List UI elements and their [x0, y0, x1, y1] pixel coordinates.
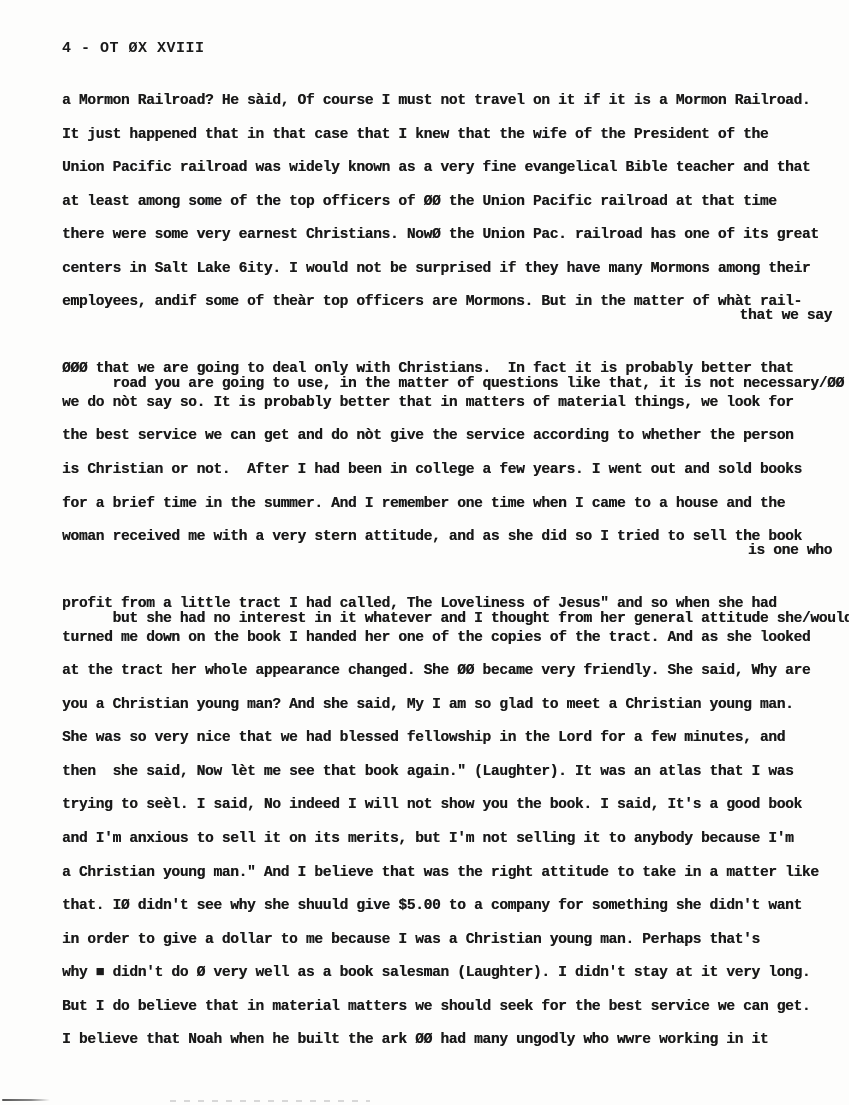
document-body: a Mormon Railroad? He sàid, Of course I … [62, 89, 832, 1062]
text-line: trying to seèl. I said, No indeed I will… [62, 793, 832, 827]
text-line: turned me down on the book I handed her … [62, 626, 832, 660]
line-text: It just happened that in that case that … [62, 127, 768, 143]
text-line: there were some very earnest Christians.… [62, 223, 832, 257]
line-text: a Christian young man." And I believe th… [62, 865, 819, 881]
line-text: employees, andif some of theàr top offic… [62, 294, 802, 310]
line-text: She was so very nice that we had blessed… [62, 730, 785, 746]
text-line: at least among some of the top officers … [62, 190, 832, 224]
line-text: profit from a little tract I had called,… [62, 596, 777, 612]
document-page: 4 - OT ØX XVIII a Mormon Railroad? He sà… [0, 0, 849, 1105]
line-text: woman received me with a very stern atti… [62, 529, 802, 545]
interlinear-insertion: that we say [740, 308, 833, 324]
text-line: you a Christian young man? And she said,… [62, 693, 832, 727]
line-text: you a Christian young man? And she said,… [62, 697, 793, 713]
line-text: and I'm anxious to sell it on its merits… [62, 831, 793, 847]
line-text: trying to seèl. I said, No indeed I will… [62, 797, 802, 813]
text-line: She was so very nice that we had blessed… [62, 726, 832, 760]
line-text: Union Pacific railroad was widely known … [62, 160, 810, 176]
line-text: ØØØ that we are going to deal only with … [62, 361, 793, 377]
text-line: Union Pacific railroad was widely known … [62, 156, 832, 190]
text-line: at the tract her whole appearance change… [62, 659, 832, 693]
scan-artifact [170, 1100, 370, 1102]
text-line: a Mormon Railroad? He sàid, Of course I … [62, 89, 832, 123]
text-line: woman received me with a very stern atti… [62, 525, 832, 559]
line-text: for a brief time in the summer. And I re… [62, 496, 785, 512]
text-line: in order to give a dollar to me because … [62, 928, 832, 962]
line-text: centers in Salt Lake 6ity. I would not b… [62, 261, 810, 277]
text-line: centers in Salt Lake 6ity. I would not b… [62, 257, 832, 291]
line-text: at least among some of the top officers … [62, 194, 777, 210]
line-text: But I do believe that in material matter… [62, 999, 810, 1015]
text-line: But I do believe that in material matter… [62, 995, 832, 1029]
text-line: ØØØ that we are going to deal only with … [62, 357, 832, 391]
text-line: then she said, Now lèt me see that book … [62, 760, 832, 794]
text-line: a Christian young man." And I believe th… [62, 861, 832, 895]
text-line: is Christian or not. After I had been in… [62, 458, 832, 492]
text-line: why ■ didn't do Ø very well as a book sa… [62, 961, 832, 995]
line-text: I believe that Noah when he built the ar… [62, 1032, 768, 1048]
text-line: I believe that Noah when he built the ar… [62, 1028, 832, 1062]
line-text: there were some very earnest Christians.… [62, 227, 819, 243]
text-line: that we say road you are going to use, i… [62, 324, 832, 358]
text-line: that. IØ didn't see why she shuuld give … [62, 894, 832, 928]
line-text: that. IØ didn't see why she shuuld give … [62, 898, 802, 914]
text-line: for a brief time in the summer. And I re… [62, 492, 832, 526]
text-line: we do nòt say so. It is probably better … [62, 391, 832, 425]
text-line: the best service we can get and do nòt g… [62, 424, 832, 458]
text-line: employees, andif some of theàr top offic… [62, 290, 832, 324]
page-header: 4 - OT ØX XVIII [62, 40, 205, 57]
line-text: is Christian or not. After I had been in… [62, 462, 802, 478]
line-text: at the tract her whole appearance change… [62, 663, 810, 679]
text-line: is one who but she had no interest in it… [62, 559, 832, 593]
line-text: then she said, Now lèt me see that book … [62, 764, 793, 780]
text-line: It just happened that in that case that … [62, 123, 832, 157]
line-text: the best service we can get and do nòt g… [62, 428, 793, 444]
scan-smudge [2, 1099, 50, 1101]
text-line: and I'm anxious to sell it on its merits… [62, 827, 832, 861]
line-text: why ■ didn't do Ø very well as a book sa… [62, 965, 810, 981]
line-text: turned me down on the book I handed her … [62, 630, 810, 646]
line-text: a Mormon Railroad? He sàid, Of course I … [62, 93, 810, 109]
line-text: we do nòt say so. It is probably better … [62, 395, 793, 411]
line-text: in order to give a dollar to me because … [62, 932, 760, 948]
text-line: profit from a little tract I had called,… [62, 592, 832, 626]
interlinear-insertion: is one who [748, 543, 832, 559]
